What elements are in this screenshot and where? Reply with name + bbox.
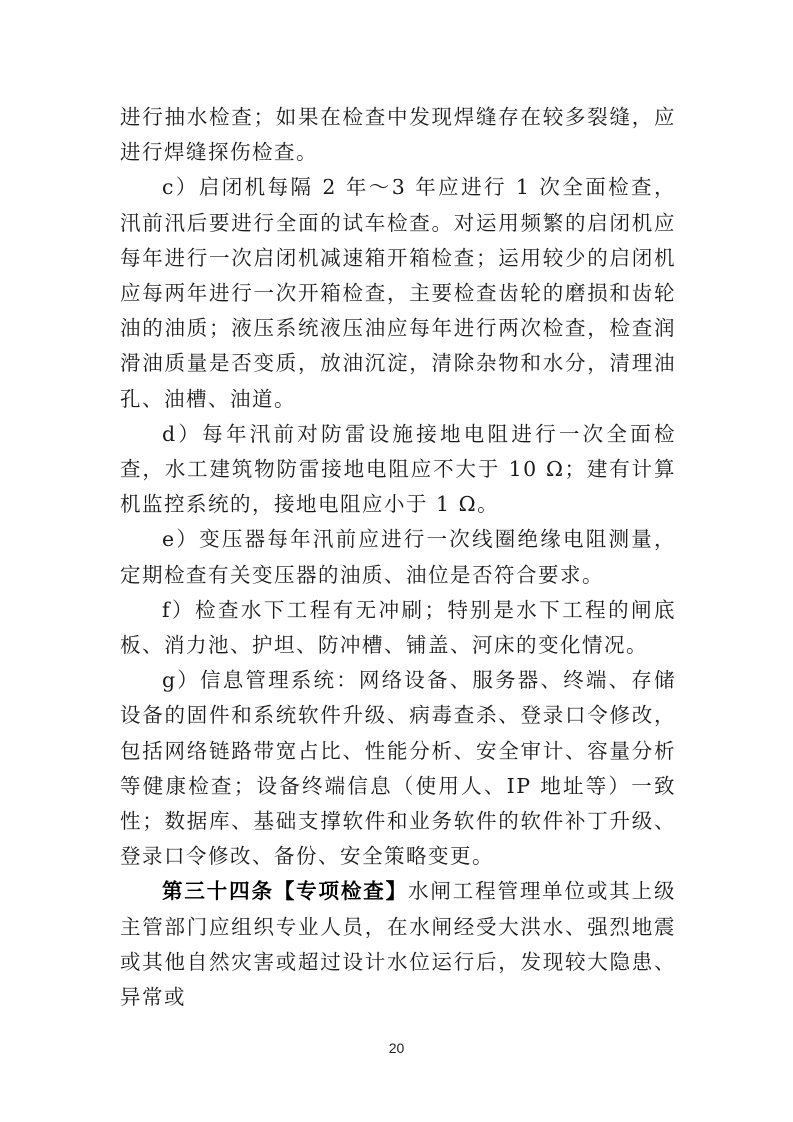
page-number: 20 — [0, 1040, 793, 1056]
paragraph-item-d: d）每年汛前对防雷设施接地电阻进行一次全面检查，水工建筑物防雷接地电阻应不大于 … — [120, 417, 676, 523]
document-body: 进行抽水检查；如果在检查中发现焊缝存在较多裂缝，应进行焊缝探伤检查。 c）启闭机… — [120, 100, 676, 1015]
paragraph-item-f: f）检查水下工程有无冲刷；特别是水下工程的闸底板、消力池、护坦、防冲槽、铺盖、河… — [120, 593, 676, 663]
paragraph-continuation: 进行抽水检查；如果在检查中发现焊缝存在较多裂缝，应进行焊缝探伤检查。 — [120, 100, 676, 170]
article-34-paragraph: 第三十四条【专项检查】水闸工程管理单位或其上级主管部门应组织专业人员，在水闸经受… — [120, 874, 676, 1015]
paragraph-item-g: g）信息管理系统：网络设备、服务器、终端、存储设备的固件和系统软件升级、病毒查杀… — [120, 663, 676, 874]
article-heading: 第三十四条【专项检查】 — [162, 879, 408, 903]
paragraph-item-c: c）启闭机每隔 2 年～3 年应进行 1 次全面检查，汛前汛后要进行全面的试车检… — [120, 170, 676, 416]
paragraph-item-e: e）变压器每年汛前应进行一次线圈绝缘电阻测量，定期检查有关变压器的油质、油位是否… — [120, 522, 676, 592]
